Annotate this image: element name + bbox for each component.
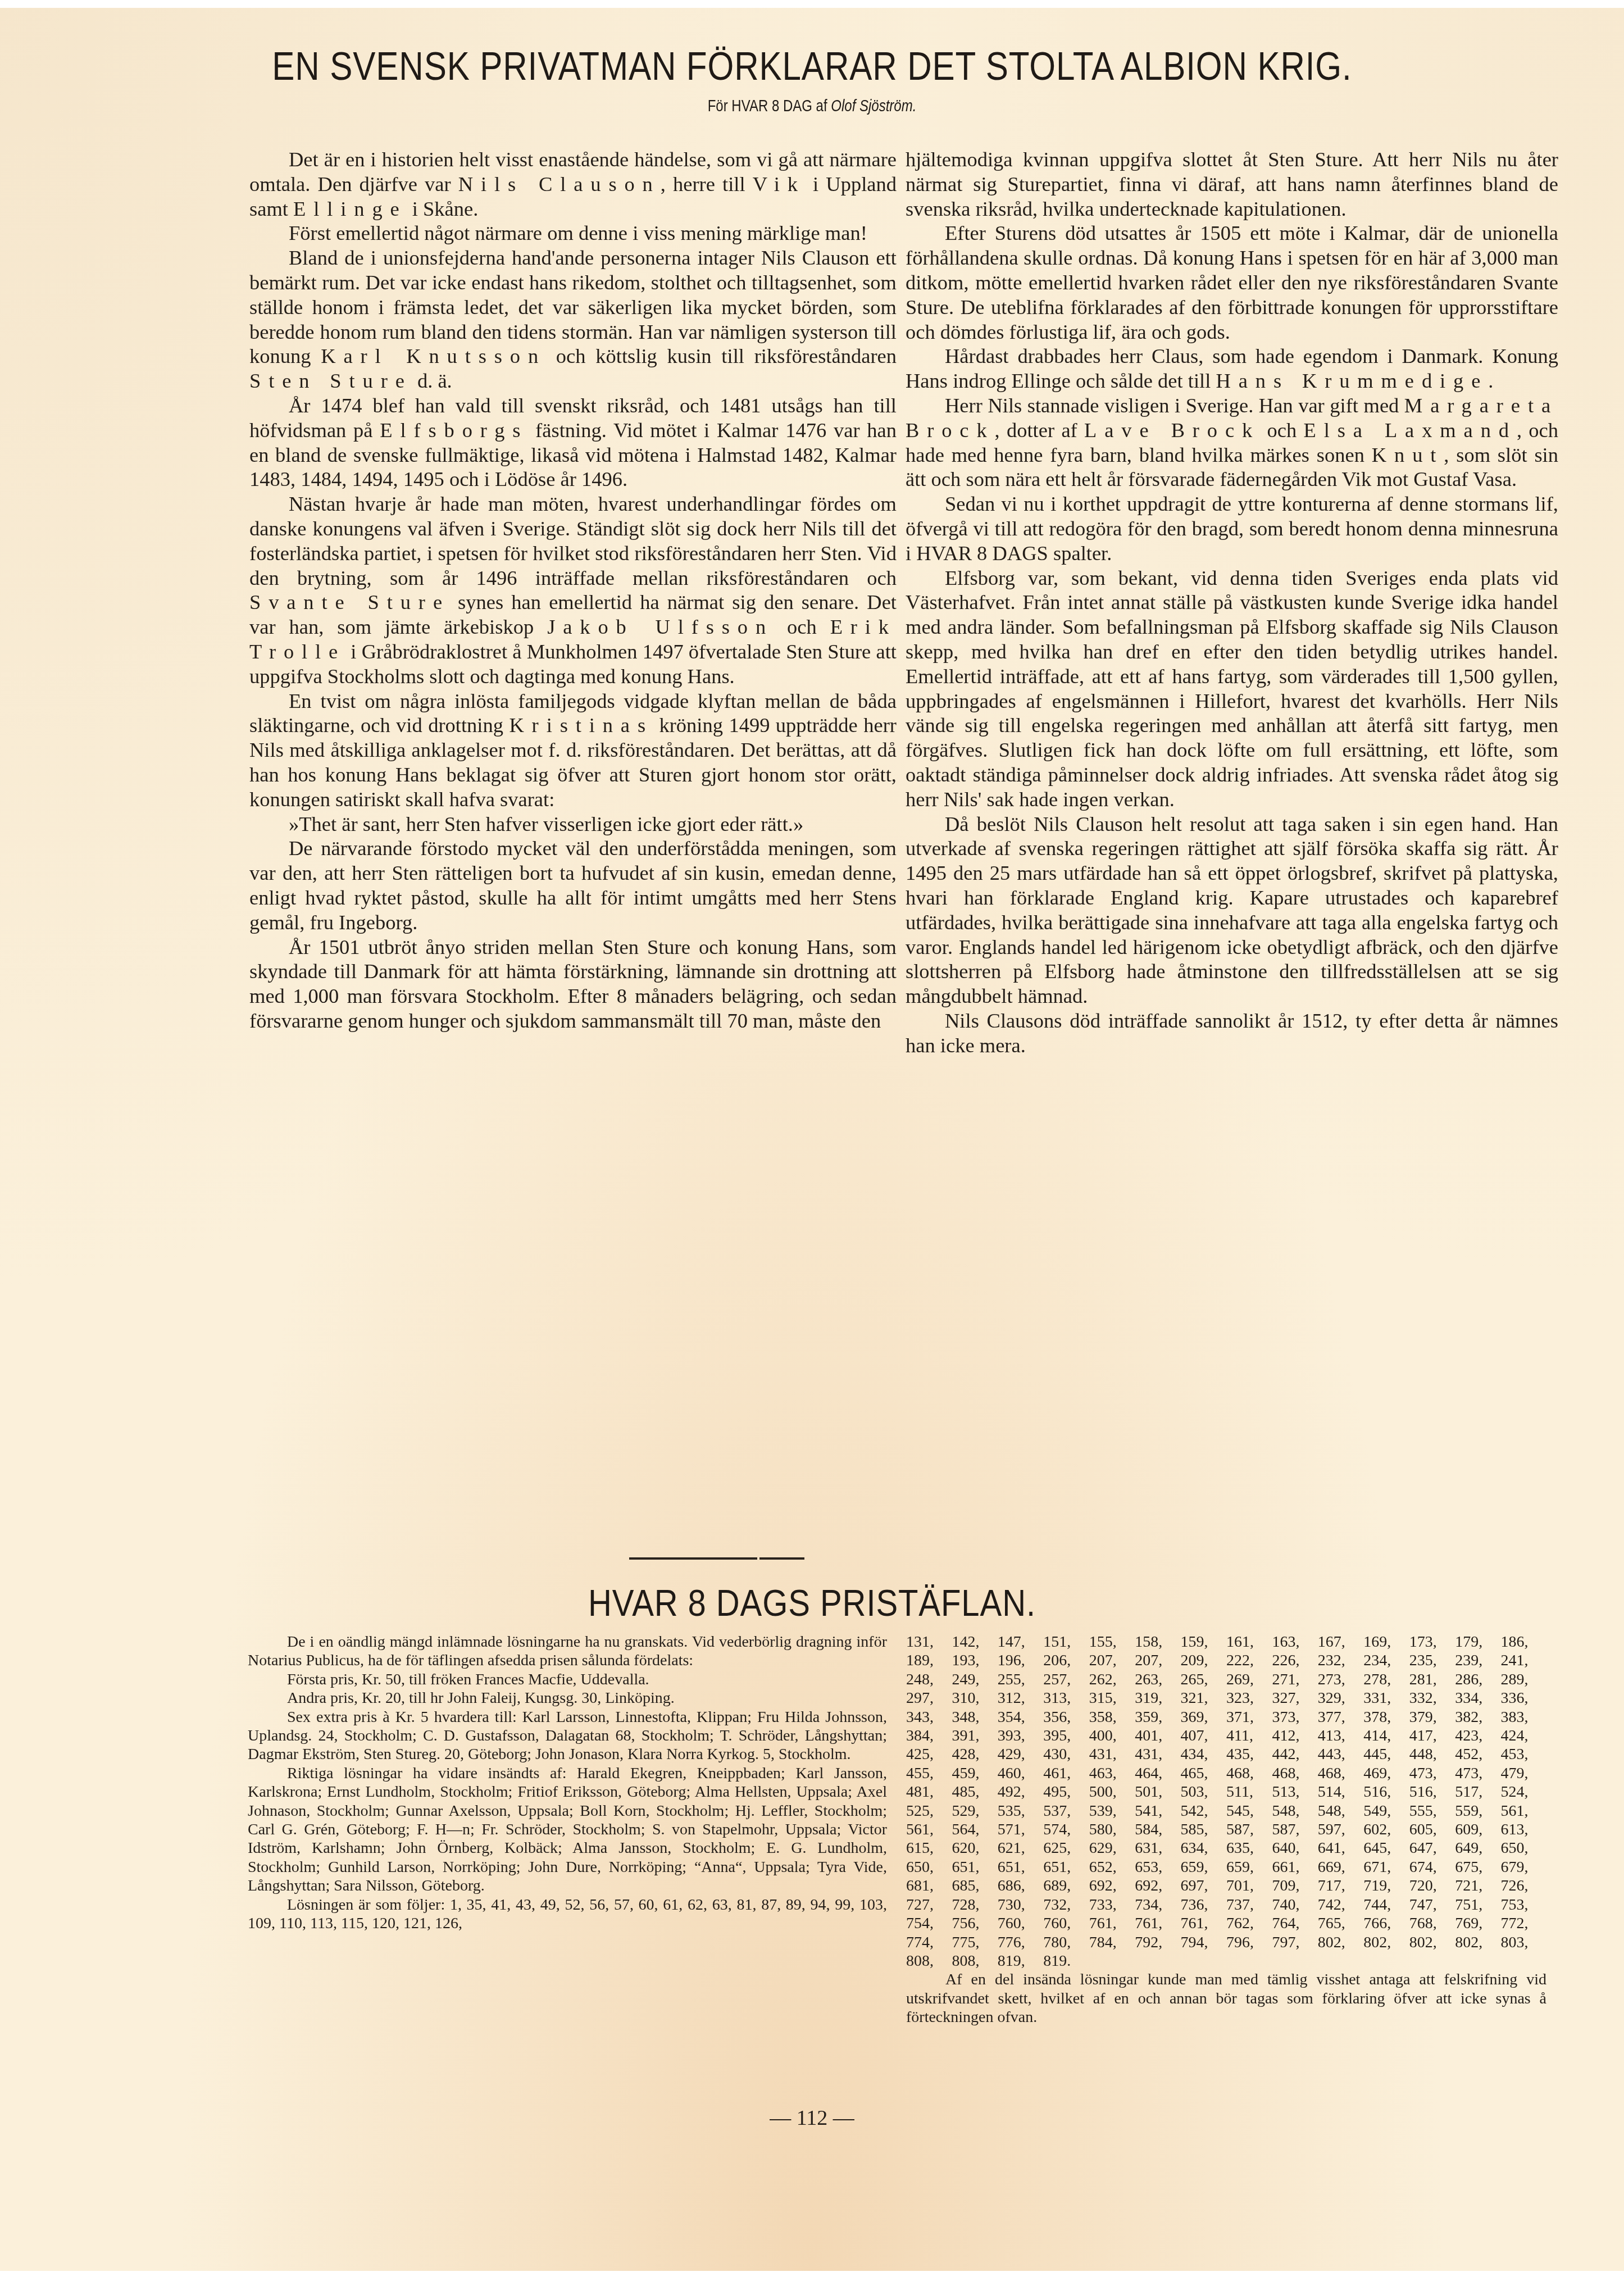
solution-number: 542, [1181,1802,1226,1820]
solution-number: 609, [1455,1820,1500,1839]
solution-number: 241, [1501,1651,1546,1670]
solution-number: 206, [1043,1651,1089,1670]
solution-number: 727, [906,1896,952,1914]
solution-label: Lösningen är som följer: [287,1896,445,1914]
article-paragraph: Hårdast drabbades herr Claus, som hade e… [906,344,1558,393]
solution-number: 769, [1455,1914,1500,1933]
solution-number: 513, [1272,1783,1317,1801]
solution-number: 751, [1455,1896,1500,1914]
solution-number: 379, [1409,1708,1455,1726]
solution-number: 819, [998,1952,1043,1970]
solution-number: 681, [906,1876,952,1895]
solution-number: 207, [1135,1651,1180,1670]
text-run: Herr Nils stannade visligen i Sverige. H… [945,394,1404,417]
solution-number: 517, [1455,1783,1500,1801]
correct-solutions-list: Riktiga lösningar ha vidare insändts af:… [248,1764,887,1896]
solution-number: 819. [1043,1952,1089,1970]
text-run: och [1260,419,1303,442]
solution-number: 423, [1455,1726,1500,1745]
solution-number: 549, [1363,1802,1409,1820]
solution-number: 545, [1226,1802,1272,1820]
solution-number: 169, [1363,1633,1409,1651]
article-left-column: Det är en i historien helt visst enaståe… [249,147,897,1033]
solution-number: 263, [1135,1670,1180,1689]
solution-number: 802, [1455,1933,1500,1952]
solution-number: 319, [1135,1689,1180,1707]
solution-number: 382, [1455,1708,1500,1726]
solution-number: 524, [1501,1783,1546,1801]
solution-number: 764, [1272,1914,1317,1933]
solution-number: 155, [1089,1633,1135,1651]
solution-number: 503, [1181,1783,1226,1801]
solution-number: 430, [1043,1745,1089,1764]
solution-number: 249, [952,1670,997,1689]
solution-number: 732, [1043,1896,1089,1914]
solution-number: 659, [1181,1858,1226,1876]
solution-number: 281, [1409,1670,1455,1689]
text-run: och [774,615,830,638]
spaced-name: Vik [753,172,806,196]
solution-number: 580, [1089,1820,1135,1839]
solution-number: 329, [1318,1689,1363,1707]
solution-number: 760, [1043,1914,1089,1933]
page-number: — 112 — [0,2106,1624,2130]
solution-number: 222, [1226,1651,1272,1670]
text-run: Sedan vi nu i korthet uppdragit de yttre… [906,492,1558,565]
solution-number: 802, [1318,1933,1363,1952]
article-paragraph: År 1501 utbröt ånyo striden mellan Sten … [249,935,897,1033]
text-run: . [1488,369,1493,392]
solution-number: 561, [1501,1802,1546,1820]
solution-number: 650, [906,1858,952,1876]
solution-number: 265, [1181,1670,1226,1689]
solution-number: 762, [1226,1914,1272,1933]
first-prize: Första pris, Kr. 50, till fröken Frances… [248,1670,887,1689]
solution-number: 151, [1043,1633,1089,1651]
solution-number: 756, [952,1914,997,1933]
text-run: Efter Sturens död utsattes år 1505 ett m… [906,221,1558,343]
solution-number: 794, [1181,1933,1226,1952]
solution-number: 719, [1363,1876,1409,1895]
second-prize: Andra pris, Kr. 20, till hr John Faleij,… [248,1689,887,1707]
solution-number: 383, [1501,1708,1546,1726]
solution-number: 561, [906,1820,952,1839]
solution-number: 167, [1318,1633,1363,1651]
solution-number: 407, [1181,1726,1226,1745]
solution-number: 613, [1501,1820,1546,1839]
solution-number: 278, [1363,1670,1409,1689]
solution-number: 733, [1089,1896,1135,1914]
text-run: Nils Clausons död inträffade sannolikt å… [906,1009,1558,1057]
solution-number: 391, [952,1726,997,1745]
article-paragraph: Elfsborg var, som bekant, vid denna tide… [906,566,1558,812]
solution-number: 257, [1043,1670,1089,1689]
spaced-name: Kristinas [509,714,653,737]
solution-number: 269, [1226,1670,1272,1689]
solution-number: 401, [1135,1726,1180,1745]
article-paragraph: Bland de i unionsfejderna hand'ande pers… [249,246,897,393]
solution-number: 587, [1272,1820,1317,1839]
solution-number: 651, [952,1858,997,1876]
solution-number: 315, [1089,1689,1135,1707]
solution-number: 453, [1501,1745,1546,1764]
solution-number: 412, [1272,1726,1317,1745]
solution-number: 792, [1135,1933,1180,1952]
solution-number: 661, [1272,1858,1317,1876]
solution-number: 720, [1409,1876,1455,1895]
article-paragraph: Nästan hvarje år hade man möten, hvarest… [249,492,897,688]
solution-number: 424, [1501,1726,1546,1745]
spaced-name: Karl Knutsson [321,344,546,367]
extra-prizes: Sex extra pris à Kr. 5 hvardera till: Ka… [248,1708,887,1764]
solution-number: 689, [1043,1876,1089,1895]
solution-number: 448, [1409,1745,1455,1764]
solution-number: 358, [1089,1708,1135,1726]
solution-number: 796, [1226,1933,1272,1952]
article-right-column: hjältemodiga kvinnan uppgifva slottet åt… [906,147,1558,1057]
solution-number: 234, [1363,1651,1409,1670]
solution-number: 431, [1089,1745,1135,1764]
section-divider-segment [759,1557,804,1560]
text-run: Nästan hvarje år hade man möten, hvarest… [249,492,897,589]
text-run: , herre till [661,172,753,196]
solution-number: 652, [1089,1858,1135,1876]
solution-number: 473, [1409,1764,1455,1783]
spaced-name: Nils Clauson [458,172,661,196]
solution-number: 571, [998,1820,1043,1839]
solution-number: 709, [1272,1876,1317,1895]
solution-number: 479, [1501,1764,1546,1783]
solution-number: 378, [1363,1708,1409,1726]
prize-contest-right-column: 131,142,147,151,155,158,159,161,163,167,… [906,1633,1546,2027]
solution-number: 434, [1181,1745,1226,1764]
solution-number: 158, [1135,1633,1180,1651]
solution-number: 685, [952,1876,997,1895]
byline-author: Olof Sjöström. [831,97,916,115]
solution-number: 651, [1043,1858,1089,1876]
solution-number: 645, [1363,1839,1409,1857]
solution-number: 461, [1043,1764,1089,1783]
section-divider [629,1557,757,1560]
solution-number: 686, [998,1876,1043,1895]
solution-number: 726, [1501,1876,1546,1895]
solution-number: 514, [1318,1783,1363,1801]
solution-number: 413, [1318,1726,1363,1745]
solution-number: 384, [906,1726,952,1745]
spaced-name: Hans Krummedige [1216,369,1488,392]
solution-number: 734, [1135,1896,1180,1914]
solution-number: 232, [1318,1651,1363,1670]
solution-number: 321, [1181,1689,1226,1707]
article-paragraph: »Thet är sant, herr Sten hafver visserli… [249,812,897,837]
text-run: i Gråbrödraklostret å Munkholmen 1497 öf… [249,640,897,688]
solution-number: 780, [1043,1933,1089,1952]
solution-number: 692, [1135,1876,1180,1895]
solution-number: 500, [1089,1783,1135,1801]
solution-number: 574, [1043,1820,1089,1839]
spaced-name: Sten Sture [249,369,412,392]
solution-number: 235, [1409,1651,1455,1670]
solution-number: 460, [998,1764,1043,1783]
prize-intro: De i en oändlig mängd inlämnade lösninga… [248,1633,887,1670]
solution-number: 775, [952,1933,997,1952]
solution-number: 728, [952,1896,997,1914]
solution-intro: Lösningen är som följer: 1, 35, 41, 43, … [248,1896,887,1933]
solution-number-grid: 131,142,147,151,155,158,159,161,163,167,… [906,1633,1546,1970]
spaced-name: Elsa Laxmand [1303,419,1516,442]
solution-number: 776, [998,1933,1043,1952]
solution-number: 455, [906,1764,952,1783]
solution-number: 395, [1043,1726,1089,1745]
article-paragraph: Nils Clausons död inträffade sannolikt å… [906,1008,1558,1058]
byline: För HVAR 8 DAG af Olof Sjöström. [162,97,1462,116]
solution-number: 464, [1135,1764,1180,1783]
scan-bottom-margin [0,2271,1624,2281]
solution-number: 529, [952,1802,997,1820]
solution-number: 587, [1226,1820,1272,1839]
solution-number: 336, [1501,1689,1546,1707]
solution-number: 516, [1409,1783,1455,1801]
solution-number: 625, [1043,1839,1089,1857]
solution-number: 635, [1226,1839,1272,1857]
article-paragraph: År 1474 blef han vald till svenskt riksr… [249,393,897,492]
solution-number: 463, [1089,1764,1135,1783]
solution-number: 452, [1455,1745,1500,1764]
solution-number: 516, [1363,1783,1409,1801]
solution-number: 431, [1135,1745,1180,1764]
solution-number: 377, [1318,1708,1363,1726]
solution-number: 429, [998,1745,1043,1764]
solution-number: 701, [1226,1876,1272,1895]
article-paragraph: Det är en i historien helt visst enaståe… [249,147,897,221]
solution-number: 640, [1272,1839,1317,1857]
solution-number: 334, [1455,1689,1500,1707]
solution-number: 485, [952,1783,997,1801]
solution-number: 414, [1363,1726,1409,1745]
article-paragraph: Först emellertid något närmare om denne … [249,221,897,246]
solution-number: 443, [1318,1745,1363,1764]
solution-number: 621, [998,1839,1043,1857]
solution-number: 248, [906,1670,952,1689]
solution-number: 373, [1272,1708,1317,1726]
solution-number: 564, [952,1820,997,1839]
solution-number: 697, [1181,1876,1226,1895]
text-run: Först emellertid något närmare om denne … [289,221,867,244]
solution-number: 159, [1181,1633,1226,1651]
solution-number: 473, [1455,1764,1500,1783]
solution-number: 634, [1181,1839,1226,1857]
solution-number: 740, [1272,1896,1317,1914]
solution-number: 651, [998,1858,1043,1876]
solution-number: 653, [1135,1858,1180,1876]
article-paragraph: Då beslöt Nils Clauson helt resolut att … [906,812,1558,1008]
text-run: hjältemodiga kvinnan uppgifva slottet åt… [906,148,1558,220]
solution-number: 597, [1318,1820,1363,1839]
scan-top-margin [0,0,1624,8]
solution-number: 400, [1089,1726,1135,1745]
solution-number: 297, [906,1689,952,1707]
solution-number: 744, [1363,1896,1409,1914]
solution-number: 331, [1363,1689,1409,1707]
text-run: och köttslig kusin till riksföreståndare… [546,344,897,367]
solution-number: 161, [1226,1633,1272,1651]
solution-number: 754, [906,1914,952,1933]
solution-number: 650, [1501,1839,1546,1857]
solution-number: 286, [1455,1670,1500,1689]
solution-number: 765, [1318,1914,1363,1933]
solution-number: 442, [1272,1745,1317,1764]
solution-number: 393, [998,1726,1043,1745]
solution-number: 196, [998,1651,1043,1670]
spaced-name: Svante Sture [249,590,450,614]
solution-number: 761, [1135,1914,1180,1933]
article-paragraph: Herr Nils stannade visligen i Sverige. H… [906,393,1558,492]
solution-number: 189, [906,1651,952,1670]
solution-number: 332, [1409,1689,1455,1707]
solution-number: 736, [1181,1896,1226,1914]
text-run: De närvarande förstodo mycket väl den un… [249,837,897,933]
solution-number: 802, [1409,1933,1455,1952]
solution-number: 605, [1409,1820,1455,1839]
solution-number: 371, [1226,1708,1272,1726]
solution-number: 469, [1363,1764,1409,1783]
solution-number: 428, [952,1745,997,1764]
solution-number: 548, [1318,1802,1363,1820]
solution-number: 535, [998,1802,1043,1820]
solution-number: 539, [1089,1802,1135,1820]
solution-number: 766, [1363,1914,1409,1933]
spaced-name: Ellinge [293,197,407,220]
spaced-name: Knut [1372,443,1444,466]
solution-number: 620, [952,1839,997,1857]
article-title: EN SVENSK PRIVATMAN FÖRKLARAR DET STOLTA… [113,44,1510,89]
solution-number: 369, [1181,1708,1226,1726]
solution-number: 675, [1455,1858,1500,1876]
solution-number: 803, [1501,1933,1546,1952]
solution-number: 649, [1455,1839,1500,1857]
solution-number: 492, [998,1783,1043,1801]
solution-number: 692, [1089,1876,1135,1895]
solution-number: 721, [1455,1876,1500,1895]
text-run: Då beslöt Nils Clauson helt resolut att … [906,812,1558,1008]
solution-number: 163, [1272,1633,1317,1651]
solution-number: 584, [1135,1820,1180,1839]
solution-number: 173, [1409,1633,1455,1651]
solution-number: 784, [1089,1933,1135,1952]
text-run: »Thet är sant, herr Sten hafver visserli… [289,812,803,835]
solution-number: 797, [1272,1933,1317,1952]
solution-number: 537, [1043,1802,1089,1820]
solution-number: 585, [1181,1820,1226,1839]
solution-number: 559, [1455,1802,1500,1820]
solution-number: 679, [1501,1858,1546,1876]
article-paragraph: hjältemodiga kvinnan uppgifva slottet åt… [906,147,1558,221]
solution-number: 226, [1272,1651,1317,1670]
solution-number: 747, [1409,1896,1455,1914]
solution-number: 768, [1409,1914,1455,1933]
article-paragraph: En tvist om några inlösta familjegods vi… [249,689,897,812]
solution-number: 207, [1089,1651,1135,1670]
solution-number: 774, [906,1933,952,1952]
solution-number: 548, [1272,1802,1317,1820]
solution-number: 417, [1409,1726,1455,1745]
prize-contest-left-column: De i en oändlig mängd inlämnade lösninga… [248,1633,887,1933]
text-run: Elfsborg var, som bekant, vid denna tide… [906,566,1558,811]
article-paragraph: De närvarande förstodo mycket väl den un… [249,836,897,934]
solution-number: 465, [1181,1764,1226,1783]
solution-number: 147, [998,1633,1043,1651]
byline-prefix: För HVAR 8 DAG af [708,97,827,115]
solution-number: 717, [1318,1876,1363,1895]
solution-number: 262, [1089,1670,1135,1689]
solution-number: 631, [1135,1839,1180,1857]
solution-number: 435, [1226,1745,1272,1764]
solution-number: 289, [1501,1670,1546,1689]
solution-number: 541, [1135,1802,1180,1820]
text-run: d. ä. [412,369,452,392]
spaced-name: Lave Brock [1084,419,1260,442]
solution-number: 209, [1181,1651,1226,1670]
solution-number: 629, [1089,1839,1135,1857]
solution-number: 323, [1226,1689,1272,1707]
text-run: i Skåne. [407,197,479,220]
solution-number: 742, [1318,1896,1363,1914]
solution-number: 354, [998,1708,1043,1726]
solution-number: 356, [1043,1708,1089,1726]
solution-number: 193, [952,1651,997,1670]
solution-number: 761, [1089,1914,1135,1933]
solution-number: 671, [1363,1858,1409,1876]
solution-number: 501, [1135,1783,1180,1801]
solution-number: 555, [1409,1802,1455,1820]
solution-number: 730, [998,1896,1043,1914]
solution-number: 313, [1043,1689,1089,1707]
text-run: , dotter af [995,419,1084,442]
solution-number: 760, [998,1914,1043,1933]
solution-number: 802, [1363,1933,1409,1952]
solution-number: 753, [1501,1896,1546,1914]
solution-number: 511, [1226,1783,1272,1801]
solution-number: 468, [1318,1764,1363,1783]
solution-number: 142, [952,1633,997,1651]
solution-number: 312, [998,1689,1043,1707]
text-run: År 1501 utbröt ånyo striden mellan Sten … [249,935,897,1032]
solution-number: 348, [952,1708,997,1726]
solution-number: 310, [952,1689,997,1707]
prize-contest-title: HVAR 8 DAGS PRISTÄFLAN. [97,1582,1526,1624]
solution-number: 495, [1043,1783,1089,1801]
article-paragraph: Sedan vi nu i korthet uppdragit de yttre… [906,492,1558,565]
solution-number: 602, [1363,1820,1409,1839]
solution-number: 425, [906,1745,952,1764]
solution-number: 271, [1272,1670,1317,1689]
closing-note: Af en del insända lösningar kunde man me… [906,1970,1546,2026]
solution-number: 343, [906,1708,952,1726]
solution-number: 808, [952,1952,997,1970]
solution-number: 459, [952,1764,997,1783]
solution-number: 761, [1181,1914,1226,1933]
solution-number: 808, [906,1952,952,1970]
solution-number: 179, [1455,1633,1500,1651]
spaced-name: Elfsborgs [380,419,528,442]
solution-number: 525, [906,1802,952,1820]
solution-number: 737, [1226,1896,1272,1914]
solution-number: 674, [1409,1858,1455,1876]
solution-number: 445, [1363,1745,1409,1764]
solution-number: 772, [1501,1914,1546,1933]
solution-number: 273, [1318,1670,1363,1689]
solution-number: 255, [998,1670,1043,1689]
